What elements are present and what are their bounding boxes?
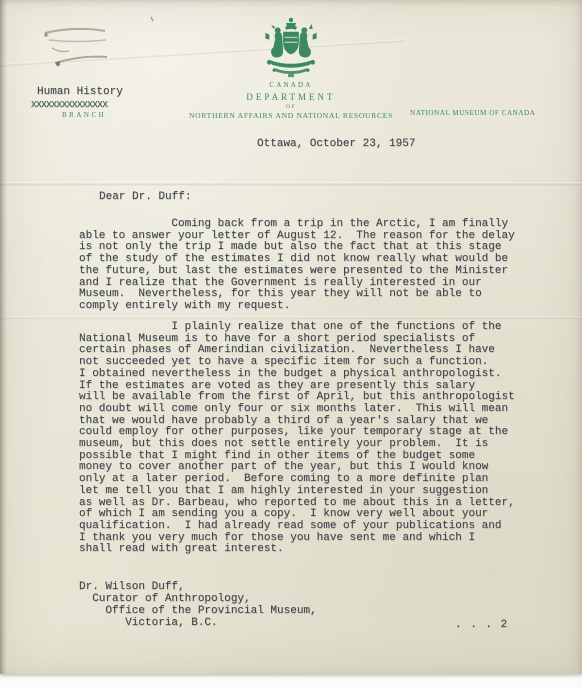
scanned-letter-page: CANADA DEPARTMENT OF NORTHERN AFFAIRS AN… — [0, 0, 582, 687]
scan-left-edge — [0, 0, 7, 674]
branch-strikeout: XXXXXXXXXXXXXXX — [31, 99, 108, 111]
fold-crease — [0, 316, 582, 320]
letterhead-department: DEPARTMENT — [191, 92, 391, 102]
dateline: Ottawa, October 23, 1957 — [257, 139, 415, 151]
salutation: Dear Dr. Duff: — [99, 192, 191, 204]
letterhead-branch-label: BRANCH — [62, 111, 142, 119]
recipient-address-block: Dr. Wilson Duff, Curator of Anthropology… — [79, 582, 317, 630]
letterhead-department-name: NORTHERN AFFAIRS AND NATIONAL RESOURCES — [156, 111, 426, 120]
body-paragraph-2: I plainly realize that one of the functi… — [79, 322, 515, 556]
paper-sheet: CANADA DEPARTMENT OF NORTHERN AFFAIRS AN… — [0, 0, 582, 674]
page-continuation-indicator: . . . 2 — [455, 620, 508, 632]
body-paragraph-1: Coming back from a trip in the Arctic, I… — [79, 219, 515, 313]
fold-crease — [0, 182, 582, 186]
letterhead-department-of: OF — [191, 104, 391, 110]
letterhead-museum-name: NATIONAL MUSEUM OF CANADA — [410, 109, 576, 117]
branch-typed-correction: Human History — [37, 87, 123, 99]
staple-tear-marks-icon — [0, 0, 200, 90]
letterhead-country: CANADA — [211, 81, 371, 89]
canada-coat-of-arms-icon — [261, 17, 321, 80]
